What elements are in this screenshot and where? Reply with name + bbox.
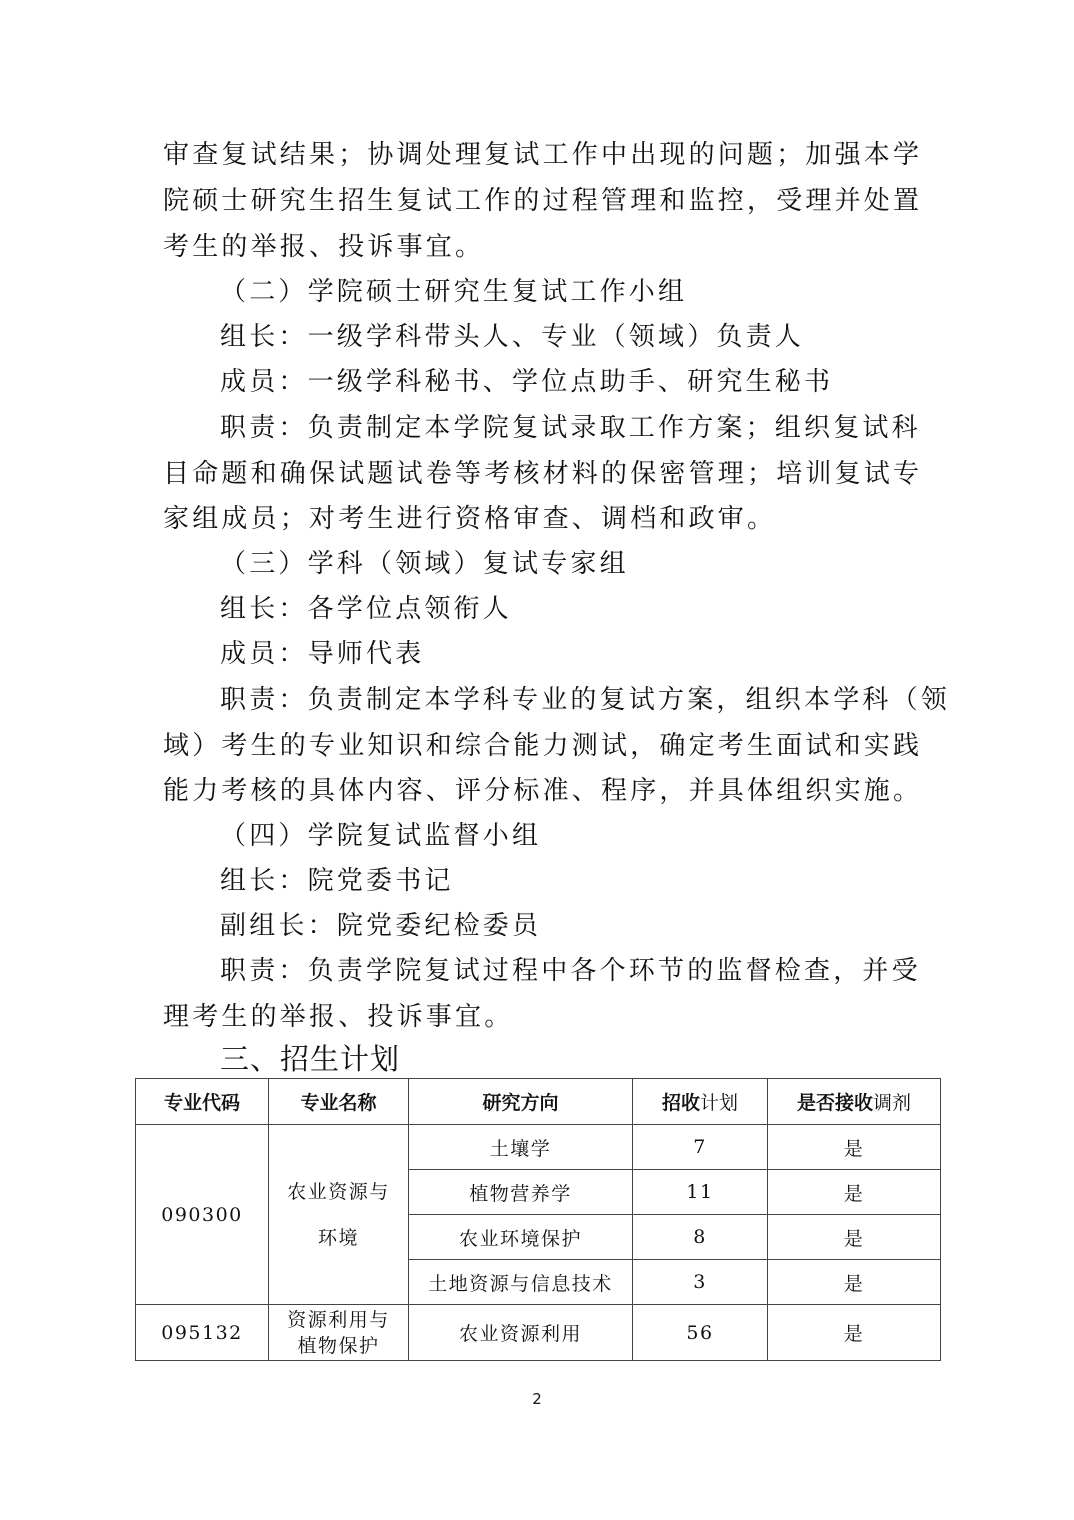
header-adjust-light: 调剂 bbox=[873, 1092, 911, 1114]
text-line: 组长：各学位点领衔人 bbox=[220, 594, 512, 624]
text-line: 组长：一级学科带头人、专业（领域）负责人 bbox=[220, 322, 804, 352]
major-name-line2: 环境 bbox=[269, 1215, 408, 1261]
cell-plan: 56 bbox=[633, 1305, 768, 1361]
text-line: 理考生的举报、投诉事宜。 bbox=[163, 1002, 513, 1032]
cell-direction: 农业环境保护 bbox=[409, 1215, 633, 1260]
text-line: 院硕士研究生招生复试工作的过程管理和监控，受理并处置 bbox=[163, 186, 922, 216]
cell-adjust: 是 bbox=[768, 1170, 941, 1215]
text-line: 职责：负责学院复试过程中各个环节的监督检查，并受 bbox=[220, 956, 921, 986]
cell-plan: 11 bbox=[633, 1170, 768, 1215]
document-page: 审查复试结果；协调处理复试工作中出现的问题；加强本学院硕士研究生招生复试工作的过… bbox=[0, 0, 1074, 1520]
page-number: 2 bbox=[0, 1390, 1074, 1408]
cell-adjust: 是 bbox=[768, 1260, 941, 1305]
cell-plan: 8 bbox=[633, 1215, 768, 1260]
table-row: 090300 农业资源与 环境 土壤学 7 是 bbox=[136, 1125, 941, 1170]
cell-plan: 3 bbox=[633, 1260, 768, 1305]
enrollment-plan-table: 专业代码 专业名称 研究方向 招收计划 是否接收调剂 090300 农业资源与 … bbox=[135, 1078, 941, 1361]
header-plan-light: 计划 bbox=[700, 1092, 738, 1114]
cell-major-code: 095132 bbox=[136, 1305, 269, 1361]
cell-adjust: 是 bbox=[768, 1215, 941, 1260]
cell-plan: 7 bbox=[633, 1125, 768, 1170]
text-line: 审查复试结果；协调处理复试工作中出现的问题；加强本学 bbox=[163, 140, 922, 170]
cell-adjust: 是 bbox=[768, 1305, 941, 1361]
cell-direction: 农业资源利用 bbox=[409, 1305, 633, 1361]
cell-direction: 植物营养学 bbox=[409, 1170, 633, 1215]
cell-major-name: 资源利用与 植物保护 bbox=[269, 1305, 409, 1361]
section-heading-enrollment-plan: 三、招生计划 bbox=[220, 1042, 400, 1076]
header-major-name: 专业名称 bbox=[269, 1079, 409, 1125]
text-line: 考生的举报、投诉事宜。 bbox=[163, 232, 484, 262]
header-enrollment-plan: 招收计划 bbox=[633, 1079, 768, 1125]
text-line: 成员：一级学科秘书、学位点助手、研究生秘书 bbox=[220, 367, 833, 397]
text-line: 家组成员；对考生进行资格审查、调档和政审。 bbox=[163, 504, 776, 534]
table-row: 095132 资源利用与 植物保护 农业资源利用 56 是 bbox=[136, 1305, 941, 1361]
text-line: 能力考核的具体内容、评分标准、程序，并具体组织实施。 bbox=[163, 776, 922, 806]
text-line: （二）学院硕士研究生复试工作小组 bbox=[220, 277, 687, 307]
cell-adjust: 是 bbox=[768, 1125, 941, 1170]
major-name-line2: 植物保护 bbox=[269, 1333, 408, 1359]
header-adjust-bold: 是否接收 bbox=[797, 1092, 873, 1114]
text-line: （三）学科（领域）复试专家组 bbox=[220, 549, 629, 579]
cell-major-code: 090300 bbox=[136, 1125, 269, 1305]
text-line: 职责：负责制定本学院复试录取工作方案；组织复试科 bbox=[220, 413, 921, 443]
text-line: 副组长：院党委纪检委员 bbox=[220, 911, 541, 941]
cell-direction: 土壤学 bbox=[409, 1125, 633, 1170]
text-line: 职责：负责制定本学科专业的复试方案，组织本学科（领 bbox=[220, 685, 950, 715]
header-plan-bold: 招收 bbox=[662, 1092, 700, 1114]
table-header-row: 专业代码 专业名称 研究方向 招收计划 是否接收调剂 bbox=[136, 1079, 941, 1125]
major-name-line1: 农业资源与 bbox=[269, 1169, 408, 1215]
cell-direction: 土地资源与信息技术 bbox=[409, 1260, 633, 1305]
header-research-direction: 研究方向 bbox=[409, 1079, 633, 1125]
text-line: 域）考生的专业知识和综合能力测试，确定考生面试和实践 bbox=[163, 731, 922, 761]
major-name-line1: 资源利用与 bbox=[269, 1307, 408, 1333]
text-line: （四）学院复试监督小组 bbox=[220, 821, 541, 851]
cell-major-name: 农业资源与 环境 bbox=[269, 1125, 409, 1305]
header-accept-adjustment: 是否接收调剂 bbox=[768, 1079, 941, 1125]
text-line: 成员：导师代表 bbox=[220, 639, 424, 669]
text-line: 目命题和确保试题试卷等考核材料的保密管理；培训复试专 bbox=[163, 459, 922, 489]
header-major-code: 专业代码 bbox=[136, 1079, 269, 1125]
text-line: 组长：院党委书记 bbox=[220, 866, 454, 896]
